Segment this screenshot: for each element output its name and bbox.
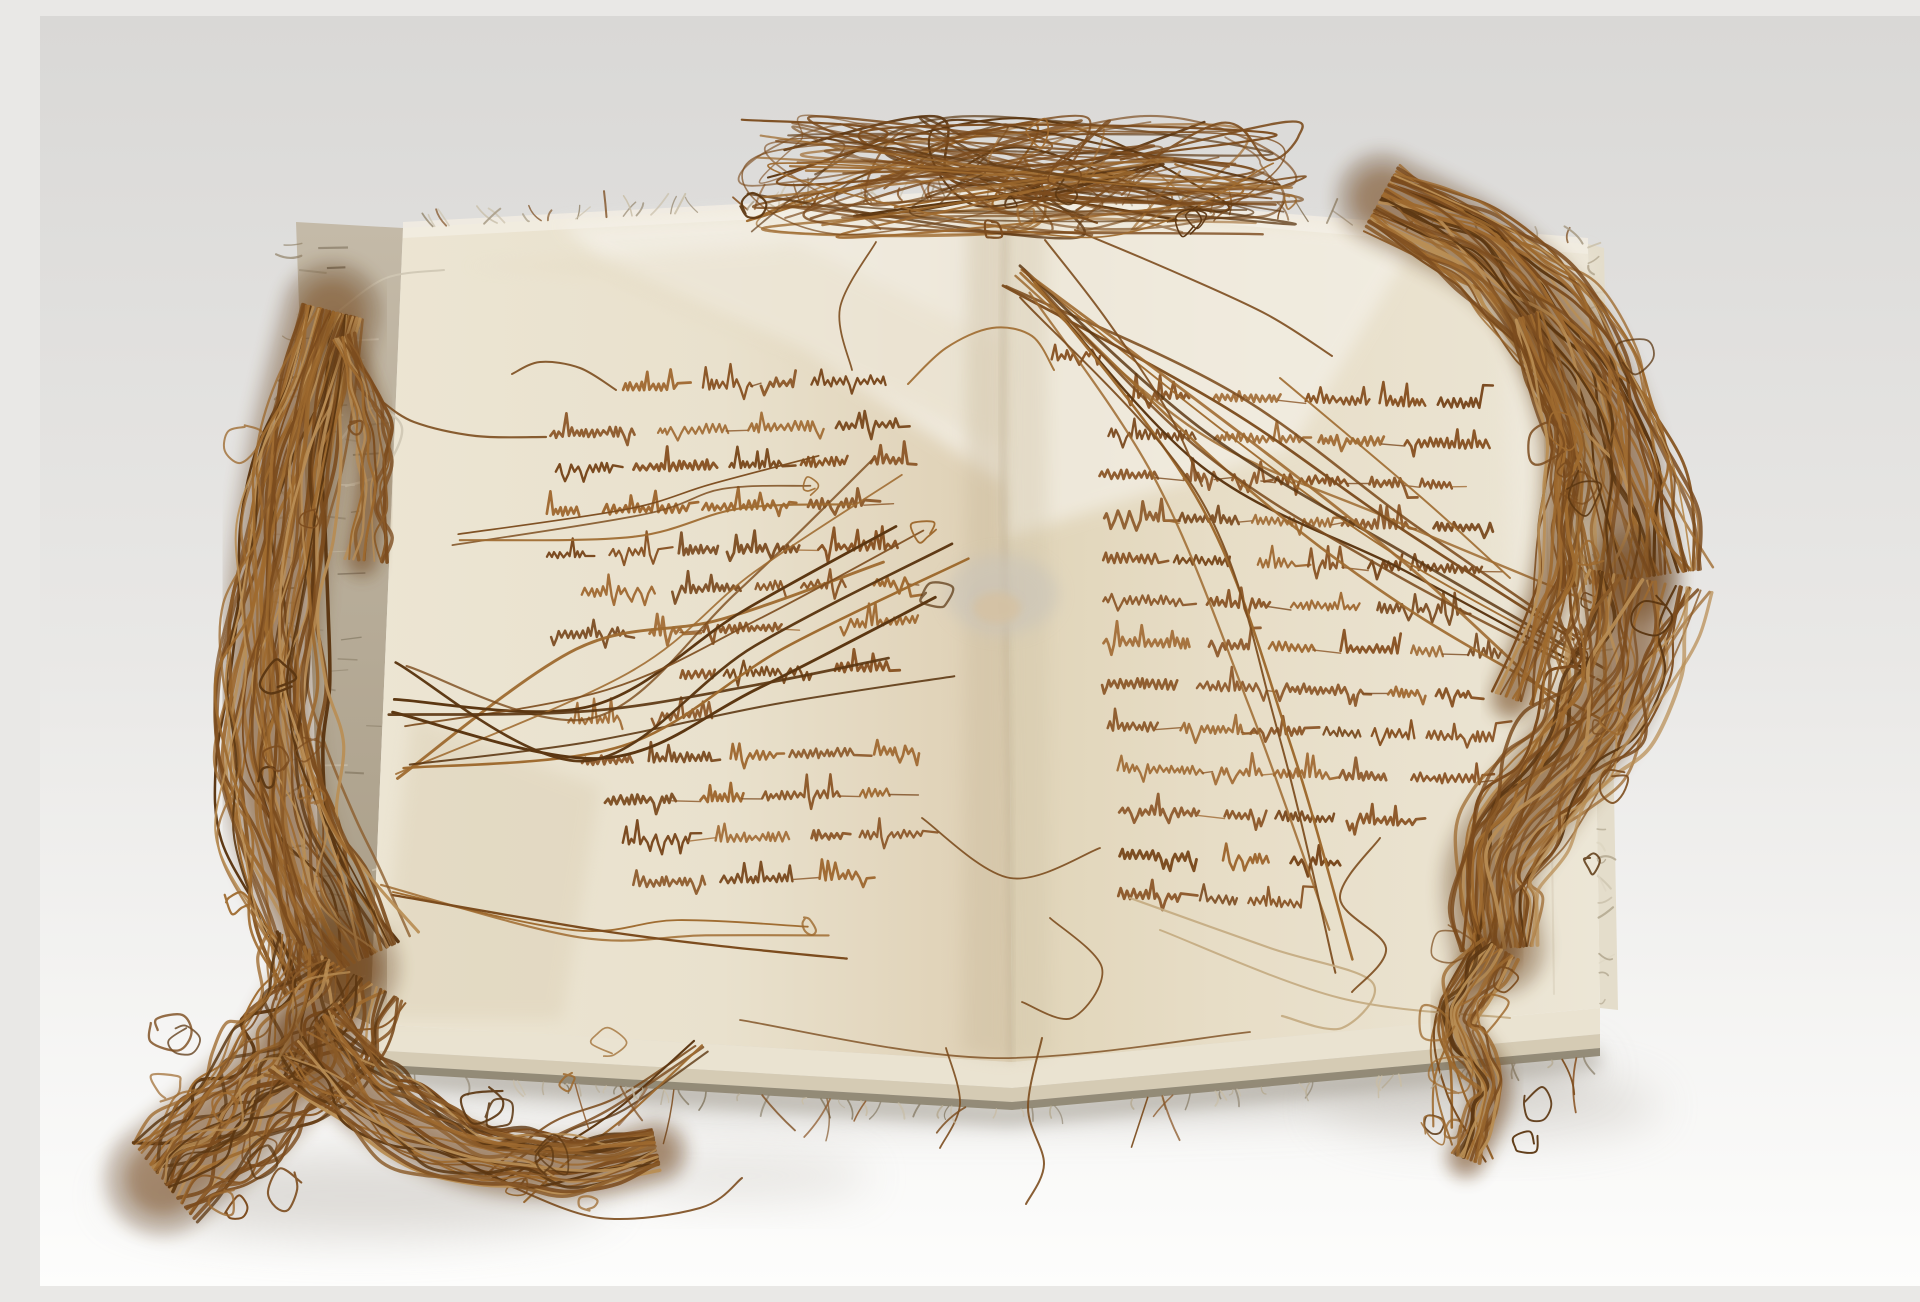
fringe-tuft bbox=[1597, 829, 1605, 830]
stitch-connector bbox=[726, 430, 748, 431]
stitch-connector bbox=[889, 795, 918, 796]
stitch-connector bbox=[838, 796, 860, 797]
spine-stain bbox=[973, 592, 1021, 624]
artwork-photograph bbox=[40, 16, 1920, 1286]
fringe-tuft bbox=[1032, 1108, 1033, 1121]
stitch-connector bbox=[1443, 654, 1468, 655]
edge-band-fiber bbox=[345, 772, 364, 773]
edge-band-fiber bbox=[338, 659, 358, 660]
embroidered-cloth-book-photo bbox=[40, 16, 1920, 1286]
edge-band-fiber bbox=[366, 726, 381, 727]
stitch-connector bbox=[672, 801, 701, 802]
edge-band-fiber bbox=[318, 248, 348, 249]
